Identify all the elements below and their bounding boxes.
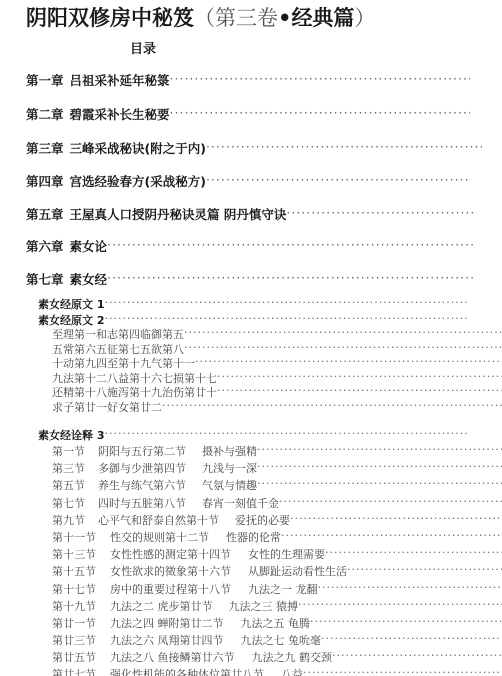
chapter-title: 王屋真人口授阴丹秘诀灵篇 阴丹慎守诀 — [70, 205, 287, 223]
section-title: 九法之九 鹤交颈 — [252, 649, 333, 666]
toc-item[interactable]: 第十一节性交的规则 — [52, 529, 165, 546]
toc-item[interactable]: 第十二节性器的伦常 — [165, 529, 502, 546]
section-title: 多御与少泄 — [98, 460, 153, 477]
dot-leader — [170, 105, 470, 123]
title-volume-name: 经典篇 — [291, 6, 354, 30]
toc-item[interactable]: 九气第十一 — [140, 355, 502, 370]
toc-item[interactable]: 第廿二节九法之五 龟腾 — [180, 615, 502, 632]
section-number: 第廿五节 — [52, 649, 110, 666]
section-number: 第十六节 — [187, 563, 248, 580]
title-close: ） — [354, 6, 375, 30]
grid-row: 第一节阴阳与五行 第二节摄补与强精 — [52, 443, 472, 460]
section-title: 春宵一刻值千金 — [202, 495, 279, 512]
dot-leader — [184, 341, 502, 356]
section-number: 第六节 — [153, 477, 202, 494]
interpretation-grid: 第一节阴阳与五行 第二节摄补与强精 第三节多御与少泄 第四节九浅与一深 第五节养… — [52, 443, 472, 676]
toc-item-label: 七损第十七 — [162, 370, 217, 385]
section-title: 九浅与一深 — [202, 460, 257, 477]
section-title: 爱抚的必要 — [235, 512, 290, 529]
grid-row: 第十三节女性性感的测定 第十四节女性的生理需要 — [52, 546, 472, 563]
toc-item[interactable]: 好女第廿二 — [107, 399, 502, 414]
toc-item-label: 治伤第廿十 — [162, 384, 217, 399]
toc-item[interactable]: 五征第七 — [96, 341, 140, 356]
toc-chapter-4[interactable]: 第四章 宫选经验春方(采战秘方) — [26, 172, 470, 190]
chapter-number: 第四章 — [26, 172, 64, 190]
section-number: 第十三节 — [52, 546, 110, 563]
section-title: 九法之八 鱼接鳞 — [110, 649, 191, 666]
dot-leader — [318, 581, 502, 598]
section-title: 九法之二 虎步 — [110, 598, 180, 615]
chapter-number: 第一章 — [26, 71, 64, 89]
dot-leader — [104, 427, 470, 443]
toc-section-interpretation[interactable]: 素女经诠释 3 — [38, 427, 470, 443]
dot-leader — [347, 563, 502, 580]
grid-row: 第十七节房中的重要过程 第十八节九法之一 龙翻 — [52, 581, 472, 598]
toc-item[interactable]: 第十四节女性的生理需要 — [187, 546, 502, 563]
dot-leader — [170, 71, 470, 89]
grid-row: 第九节心平气和舒泰自然 第十节爱抚的必要 — [52, 512, 472, 529]
section-number: 第十五节 — [52, 563, 110, 580]
section-title: 九法之七 兔吮毫 — [241, 632, 322, 649]
section-title: 强化性机能的各种体位 — [110, 666, 220, 676]
toc-chapter-5[interactable]: 第五章 王屋真人口授阴丹秘诀灵篇 阴丹慎守诀 — [26, 205, 474, 223]
toc-item[interactable]: 还精第十八 — [52, 384, 107, 399]
grid-row: 第十九节九法之二 虎步 第廿节九法之三 猿搏 — [52, 598, 472, 615]
dot-leader — [279, 495, 502, 512]
chapter-number: 第五章 — [26, 205, 64, 223]
section-title: 阴阳与五行 — [98, 443, 153, 460]
toc-item[interactable]: 第廿四节九法之七 兔吮毫 — [180, 632, 502, 649]
toc-item[interactable]: 第廿八节八益 — [220, 666, 502, 676]
chapter-number: 第六章 — [26, 237, 64, 255]
toc-item[interactable]: 第廿七节强化性机能的各种体位 — [52, 666, 220, 676]
section-title: 从脚趾运动看性生活 — [248, 563, 347, 580]
title-volume-open: （第三卷 — [194, 6, 278, 30]
section-number: 第十节 — [186, 512, 235, 529]
section-title: 性器的伦常 — [226, 529, 281, 546]
section-number: 第十一节 — [52, 529, 110, 546]
toc-item[interactable]: 第七节四时与五脏 — [52, 495, 153, 512]
toc-item-label: 好女第廿二 — [107, 399, 162, 414]
chapter-title: 碧霞采补长生秘要 — [70, 105, 170, 123]
section-number: 第八节 — [153, 495, 202, 512]
grid-row: 第十五节女性欲求的徵象 第十六节从脚趾运动看性生活 — [52, 563, 472, 580]
grid-row: 第廿五节九法之八 鱼接鳞 第廿六节九法之九 鹤交颈 — [52, 649, 472, 666]
toc-chapter-7[interactable]: 第七章 素女经 — [26, 270, 474, 288]
grid-row: 第三节多御与少泄 第四节九浅与一深 — [52, 460, 472, 477]
section-title: 性交的规则 — [110, 529, 165, 546]
section-title: 九法之五 龟腾 — [241, 615, 311, 632]
dot-leader — [195, 355, 502, 370]
toc-item[interactable]: 第一节阴阳与五行 — [52, 443, 153, 460]
toc-item[interactable]: 至理第一 — [52, 326, 96, 341]
toc-item[interactable]: 四至第十 — [96, 355, 140, 370]
dot-leader — [217, 384, 502, 399]
toc-item[interactable]: 第九节心平气和舒泰自然 — [52, 512, 186, 529]
section-title: 女性性感的测定 — [110, 546, 187, 563]
dot-leader — [303, 666, 502, 676]
toc-item[interactable]: 第十九节九法之二 虎步 — [52, 598, 180, 615]
section-title: 摄补与强精 — [202, 443, 257, 460]
chapter-number: 第二章 — [26, 105, 64, 123]
toc-item[interactable]: 第十六节从脚趾运动看性生活 — [187, 563, 502, 580]
section-number: 第十七节 — [52, 581, 110, 598]
section-number: 第七节 — [52, 495, 98, 512]
section-number: 第廿六节 — [191, 649, 252, 666]
toc-item[interactable]: 第廿三节九法之六 凤翔 — [52, 632, 180, 649]
toc-item[interactable]: 和志第四 — [96, 326, 140, 341]
grid-row: 第五节养生与练气 第六节气氛与情趣 — [52, 477, 472, 494]
section-number: 第十二节 — [165, 529, 226, 546]
dot-leader — [298, 598, 502, 615]
dot-leader — [332, 649, 502, 666]
toc-item[interactable]: 第二节摄补与强精 — [153, 443, 502, 460]
toc-item[interactable]: 五欲第八 — [140, 341, 502, 356]
dot-leader — [281, 529, 502, 546]
section-number: 第十九节 — [52, 598, 110, 615]
toc-item[interactable]: 第三节多御与少泄 — [52, 460, 153, 477]
toc-heading: 目录 — [130, 38, 156, 57]
toc-item[interactable]: 第廿一节九法之四 蝉附 — [52, 615, 180, 632]
section-title: 房中的重要过程 — [110, 581, 187, 598]
section-number: 第九节 — [52, 512, 98, 529]
dot-leader — [217, 370, 502, 385]
section-number: 第四节 — [153, 460, 202, 477]
toc-item-label: 九气第十一 — [140, 355, 195, 370]
dot-leader — [286, 205, 474, 223]
toc-item[interactable]: 第十八节九法之一 龙翻 — [187, 581, 502, 598]
grid-row: 九法第十二 八益第十六 七损第十七 — [52, 370, 472, 385]
toc-item[interactable]: 第廿节九法之三 猿搏 — [180, 598, 502, 615]
toc-item[interactable]: 五常第六 — [52, 341, 96, 356]
section-title: 素女经原文 1 — [38, 296, 104, 312]
dot-leader — [325, 546, 502, 563]
section-title: 气氛与情趣 — [202, 477, 257, 494]
dot-leader — [162, 399, 502, 414]
grid-row: 第廿三节九法之六 凤翔 第廿四节九法之七 兔吮毫 — [52, 632, 472, 649]
section-title: 九法之四 蝉附 — [110, 615, 180, 632]
chapter-title: 三峰采战秘诀(附之于内) — [70, 139, 206, 157]
toc-item[interactable]: 第十七节房中的重要过程 — [52, 581, 187, 598]
section-title: 九法之三 猿搏 — [229, 598, 299, 615]
dot-leader — [206, 172, 470, 190]
section-number: 第廿二节 — [180, 615, 241, 632]
grid-row: 第廿七节强化性机能的各种体位 第廿八节八益 — [52, 666, 472, 676]
section-title: 八益 — [281, 666, 303, 676]
document-title: 阴阳双修房中秘笈（第三卷•经典篇） — [26, 2, 375, 32]
dot-leader — [310, 615, 502, 632]
section-title: 九法之一 龙翻 — [248, 581, 318, 598]
toc-item[interactable]: 第六节气氛与情趣 — [153, 477, 502, 494]
toc-chapter-1[interactable]: 第一章 吕祖采补延年秘箓 — [26, 71, 470, 89]
toc-item[interactable]: 七损第十七 — [162, 370, 502, 385]
grid-row: 第七节四时与五脏 第八节春宵一刻值千金 — [52, 495, 472, 512]
section-number: 第十四节 — [187, 546, 248, 563]
toc-item[interactable]: 施泻第十九 — [107, 384, 162, 399]
section-number: 第十八节 — [187, 581, 248, 598]
section-title: 四时与五脏 — [98, 495, 153, 512]
section-title: 心平气和舒泰自然 — [98, 512, 186, 529]
toc-item[interactable]: 临御第五 — [140, 326, 502, 341]
dot-leader — [107, 237, 474, 255]
toc-item[interactable]: 九法第十二 — [52, 370, 107, 385]
dot-leader — [257, 460, 502, 477]
toc-item[interactable]: 第廿五节九法之八 鱼接鳞 — [52, 649, 191, 666]
grid-row: 至理第一 和志第四 临御第五 — [52, 326, 472, 341]
chapter-title: 宫选经验春方(采战秘方) — [70, 172, 206, 190]
toc-item[interactable]: 求子第廿一 — [52, 399, 107, 414]
dot-leader — [257, 443, 502, 460]
dot-leader — [257, 477, 502, 494]
toc-item[interactable]: 第十五节女性欲求的徵象 — [52, 563, 187, 580]
toc-section-original-1[interactable]: 素女经原文 1 — [38, 296, 470, 312]
dot-leader — [104, 296, 470, 312]
section-number: 第廿节 — [180, 598, 229, 615]
toc-item[interactable]: 第四节九浅与一深 — [153, 460, 502, 477]
dot-leader — [290, 512, 502, 529]
toc-chapter-3[interactable]: 第三章 三峰采战秘诀(附之于内) — [26, 139, 482, 157]
dot-leader — [321, 632, 502, 649]
section-number: 第五节 — [52, 477, 98, 494]
toc-item[interactable]: 第廿六节九法之九 鹤交颈 — [191, 649, 502, 666]
chapter-title: 素女论 — [70, 237, 108, 255]
section-title: 女性欲求的徵象 — [110, 563, 187, 580]
toc-item-label: 五欲第八 — [140, 341, 184, 356]
grid-row: 还精第十八 施泻第十九 治伤第廿十 — [52, 384, 472, 399]
grid-row: 求子第廿一 好女第廿二 — [52, 399, 472, 414]
toc-chapter-6[interactable]: 第六章 素女论 — [26, 237, 474, 255]
chapter-title: 素女经 — [70, 270, 108, 288]
chapter-title: 吕祖采补延年秘箓 — [70, 71, 170, 89]
chapter-number: 第七章 — [26, 270, 64, 288]
toc-item[interactable]: 第五节养生与练气 — [52, 477, 153, 494]
grid-row: 第廿一节九法之四 蝉附 第廿二节九法之五 龟腾 — [52, 615, 472, 632]
section-title: 九法之六 凤翔 — [110, 632, 180, 649]
dot-leader — [107, 270, 474, 288]
section-number: 第廿三节 — [52, 632, 110, 649]
toc-chapter-2[interactable]: 第二章 碧霞采补长生秘要 — [26, 105, 470, 123]
toc-item-label: 临御第五 — [140, 326, 184, 341]
section-title: 素女经诠释 3 — [38, 427, 104, 443]
section-number: 第二节 — [153, 443, 202, 460]
toc-item[interactable]: 第十节爱抚的必要 — [186, 512, 502, 529]
section-number: 第廿八节 — [220, 666, 281, 676]
title-dot: • — [278, 6, 291, 30]
section-number: 第廿七节 — [52, 666, 110, 676]
grid-row: 第十一节性交的规则 第十二节性器的伦常 — [52, 529, 472, 546]
section-number: 第三节 — [52, 460, 98, 477]
dot-leader — [184, 326, 502, 341]
toc-item[interactable]: 第十三节女性性感的测定 — [52, 546, 187, 563]
section-number: 第廿四节 — [180, 632, 241, 649]
section-number: 第一节 — [52, 443, 98, 460]
toc-item[interactable]: 第八节春宵一刻值千金 — [153, 495, 502, 512]
toc-item[interactable]: 八益第十六 — [107, 370, 162, 385]
original-text-grid: 至理第一 和志第四 临御第五 五常第六 五征第七 五欲第八 十动第九 四至第十 … — [52, 326, 472, 413]
section-title: 养生与练气 — [98, 477, 153, 494]
toc-item[interactable]: 十动第九 — [52, 355, 96, 370]
section-title: 女性的生理需要 — [248, 546, 325, 563]
grid-row: 十动第九 四至第十 九气第十一 — [52, 355, 472, 370]
section-number: 第廿一节 — [52, 615, 110, 632]
grid-row: 五常第六 五征第七 五欲第八 — [52, 341, 472, 356]
dot-leader — [206, 139, 482, 157]
toc-item[interactable]: 治伤第廿十 — [162, 384, 502, 399]
chapter-number: 第三章 — [26, 139, 64, 157]
title-main: 阴阳双修房中秘笈 — [26, 6, 194, 30]
